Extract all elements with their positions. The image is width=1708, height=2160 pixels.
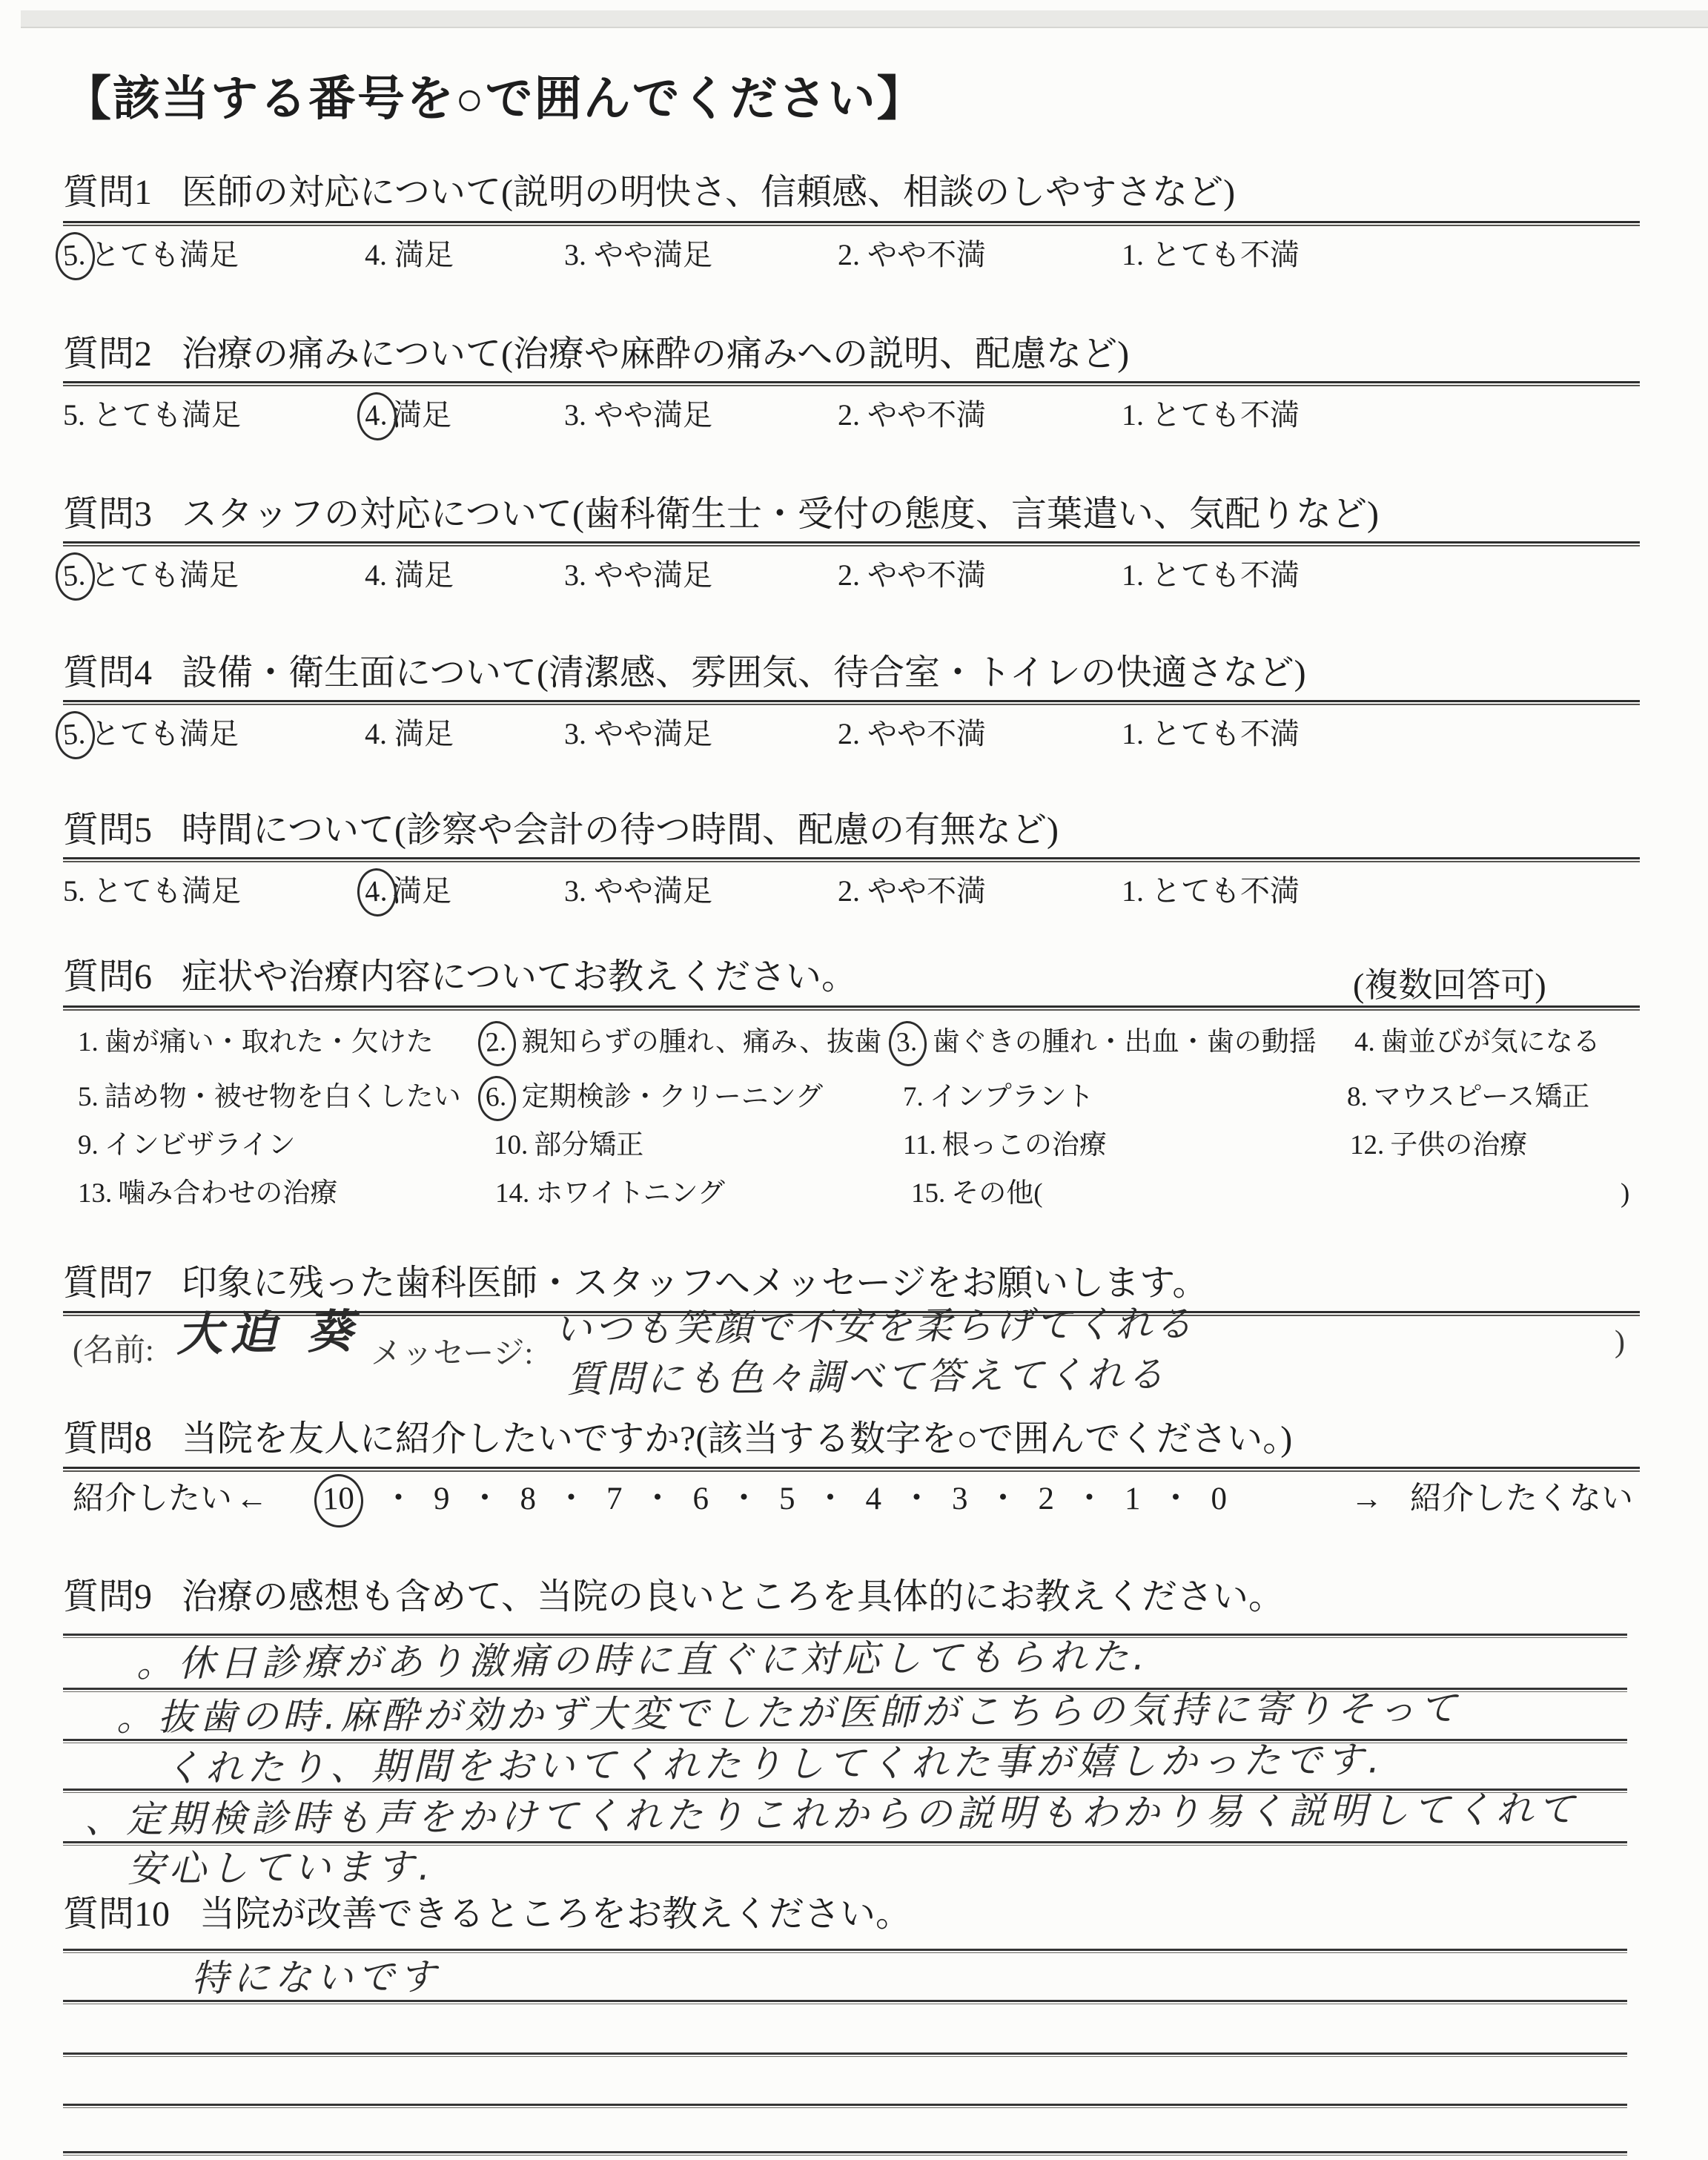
question-9-header: 質問9治療の感想も含めて、当院の良いところを具体的にお教えください。 — [63, 1576, 1284, 1617]
option-label: 定期検診・クリーニング — [522, 1082, 823, 1112]
dot-separator: ・ — [1160, 1482, 1192, 1516]
symptom-option-12[interactable]: 12.子供の治療 — [1350, 1128, 1527, 1163]
answer-rule — [63, 2151, 1627, 2156]
option-number[interactable]: 3. — [564, 396, 586, 435]
rating-option-1[interactable]: 1.とても不満 — [1122, 556, 1300, 595]
option-label: 詰め物・被せ物を白くしたい — [105, 1082, 461, 1112]
symptom-option-5[interactable]: 5.詰め物・被せ物を白くしたい — [78, 1080, 461, 1115]
option-number[interactable]: 2. — [838, 556, 860, 595]
question-10-title: 当院が改善できるところをお教えください。 — [199, 1895, 911, 1934]
symptom-option-15-other[interactable]: 15.その他( — [911, 1176, 1043, 1212]
option-number[interactable]: 3. — [564, 236, 586, 274]
handwritten-name: 大迫 葵 — [176, 1307, 360, 1360]
rating-option-4[interactable]: 4.満足 — [365, 556, 454, 595]
rating-option-4[interactable]: 4.満足 — [365, 715, 454, 753]
nps-number-0[interactable]: 0 — [1211, 1482, 1228, 1516]
question-8-label: 質問8 — [63, 1419, 152, 1459]
option-label: やや不満 — [867, 238, 986, 271]
option-number[interactable]: 9. — [78, 1128, 99, 1163]
nps-left-label: 紹介したい — [73, 1480, 232, 1519]
dot-separator: ・ — [1073, 1482, 1105, 1516]
circled-answer-mark[interactable]: 6. — [477, 1074, 517, 1122]
question-10-header: 質問10当院が改善できるところをお教えください。 — [63, 1894, 911, 1935]
rating-option-2[interactable]: 2.やや不満 — [838, 715, 986, 753]
divider-rule — [63, 857, 1640, 862]
question-6-row-2: 5.詰め物・被せ物を白くしたい 6.定期検診・クリーニング 7.インプラント 8… — [0, 1080, 1708, 1127]
option-number[interactable]: 15. — [911, 1176, 945, 1212]
rating-option-5[interactable]: 5.とても満足 — [63, 236, 239, 274]
question-10-label: 質問10 — [63, 1895, 170, 1934]
option-number[interactable]: 4. — [365, 236, 387, 274]
divider-rule — [63, 541, 1640, 546]
question-9-title: 治療の感想も含めて、当院の良いところを具体的にお教えください。 — [182, 1577, 1284, 1616]
option-label: 満足 — [392, 398, 451, 432]
question-5-label: 質問5 — [63, 810, 152, 850]
question-4-header: 質問4設備・衛生面について(清潔感、雰囲気、待合室・トイレの快適さなど) — [63, 653, 1306, 693]
dot-separator: ・ — [728, 1482, 760, 1516]
option-label: 満足 — [394, 238, 454, 271]
question-5-header: 質問5時間について(診察や会計の待つ時間、配慮の有無など) — [63, 810, 1059, 851]
nps-number-8[interactable]: 8 — [520, 1482, 537, 1516]
option-label: とても満足 — [90, 717, 239, 750]
rating-option-3[interactable]: 3.やや満足 — [564, 236, 712, 274]
answer-rule — [63, 1841, 1627, 1846]
option-number[interactable]: 10. — [494, 1128, 528, 1163]
rating-option-4[interactable]: 4.満足 — [365, 396, 451, 435]
rating-option-3[interactable]: 3.やや満足 — [564, 872, 712, 911]
symptom-option-13[interactable]: 13.噛み合わせの治療 — [78, 1176, 337, 1212]
option-label: 根っこの治療 — [942, 1130, 1107, 1160]
divider-rule — [63, 700, 1640, 705]
option-label: やや不満 — [867, 874, 986, 908]
option-label: やや不満 — [867, 717, 986, 750]
question-6-header: 質問6症状や治療内容についてお教えください。 — [63, 957, 857, 997]
rating-option-2[interactable]: 2.やや不満 — [838, 236, 986, 274]
dot-separator: ・ — [642, 1482, 674, 1516]
scan-artifact-band — [21, 10, 1708, 28]
rating-option-5[interactable]: 5.とても満足 — [63, 715, 239, 753]
option-number[interactable]: 3. — [564, 556, 586, 595]
question-6-row-1: 1.歯が痛い・取れた・欠けた 2.親知らずの腫れ、痛み、抜歯 3.歯ぐきの腫れ・… — [0, 1025, 1708, 1072]
rating-option-3[interactable]: 3.やや満足 — [564, 715, 712, 753]
option-number[interactable]: 11. — [903, 1128, 936, 1163]
option-number[interactable]: 5. — [63, 872, 85, 911]
question-3-header: 質問3スタッフの対応について(歯科衛生士・受付の態度、言葉遣い、気配りなど) — [63, 494, 1379, 535]
handwritten-answer-line-1: 。休日診療があり激痛の時に直ぐに対応してもられた. — [136, 1636, 1149, 1685]
option-number[interactable]: 1. — [1122, 715, 1144, 753]
rating-option-3[interactable]: 3.やや満足 — [564, 556, 712, 595]
option-label: その他( — [951, 1178, 1042, 1209]
symptom-option-7[interactable]: 7.インプラント — [903, 1080, 1094, 1115]
divider-rule — [63, 221, 1640, 226]
nps-right-label: 紹介したくない — [1410, 1480, 1633, 1519]
option-label: ホワイトニング — [535, 1178, 725, 1209]
question-2-header: 質問2治療の痛みについて(治療や麻酔の痛みへの説明、配慮など) — [63, 334, 1129, 374]
question-1-options: 5.とても満足 4.満足 3.やや満足 2.やや不満 1.とても不満 — [0, 236, 1708, 283]
question-1-label: 質問1 — [63, 173, 152, 212]
option-number[interactable]: 2. — [838, 396, 860, 435]
question-1-title: 医師の対応について(説明の明快さ、信頼感、相談のしやすさなど) — [182, 173, 1235, 212]
nps-number-9[interactable]: 9 — [434, 1482, 450, 1516]
option-label: やや不満 — [867, 398, 986, 432]
option-label: やや満足 — [594, 238, 712, 271]
rating-option-5[interactable]: 5.とても満足 — [63, 872, 241, 911]
option-number[interactable]: 2. — [838, 715, 860, 753]
handwritten-answer-line-3: くれたり、期間をおいてくれたりしてくれた事が嬉しかったです. — [164, 1740, 1384, 1789]
option-label: とても不満 — [1151, 238, 1300, 271]
option-label: インビザライン — [105, 1130, 296, 1160]
right-arrow-icon: → — [1351, 1480, 1383, 1519]
dot-separator: ・ — [987, 1482, 1019, 1516]
option-label: 満足 — [394, 558, 454, 592]
nps-number-7[interactable]: 7 — [606, 1482, 623, 1516]
symptom-option-1[interactable]: 1.歯が痛い・取れた・欠けた — [78, 1025, 434, 1060]
question-9-label: 質問9 — [63, 1577, 152, 1616]
option-label: 親知らずの腫れ、痛み、抜歯 — [522, 1027, 881, 1057]
question-8-title: 当院を友人に紹介したいですか?(該当する数字を○で囲んでください。) — [182, 1419, 1292, 1459]
option-number[interactable]: 1. — [1122, 236, 1144, 274]
symptom-option-4[interactable]: 4.歯並びが気になる — [1354, 1025, 1601, 1060]
question-2-options: 5.とても満足 4.満足 3.やや満足 2.やや不満 1.とても不満 — [0, 396, 1708, 443]
option-label: やや満足 — [594, 558, 712, 592]
question-6-title: 症状や治療内容についてお教えください。 — [182, 957, 857, 997]
option-label: 歯並びが気になる — [1381, 1027, 1601, 1057]
answer-rule — [63, 1949, 1627, 1953]
option-label: 歯ぐきの腫れ・出血・歯の動揺 — [933, 1027, 1317, 1057]
option-label: とても不満 — [1151, 717, 1300, 750]
rating-option-3[interactable]: 3.やや満足 — [564, 396, 712, 435]
nps-number-4[interactable]: 4 — [866, 1482, 882, 1516]
message-close-paren: ) — [1615, 1324, 1625, 1360]
option-label: やや満足 — [594, 874, 712, 908]
option-label: とても満足 — [93, 398, 241, 432]
option-label: とても満足 — [90, 558, 239, 592]
circled-nps-score[interactable]: 10 — [314, 1473, 364, 1528]
question-2-label: 質問2 — [63, 334, 152, 374]
option-number[interactable]: 12. — [1350, 1128, 1384, 1163]
rating-option-4[interactable]: 4.満足 — [365, 872, 451, 911]
option-number[interactable]: 3. — [564, 872, 586, 911]
option-number[interactable]: 1. — [1122, 396, 1144, 435]
dot-separator: ・ — [815, 1482, 847, 1516]
symptom-option-2[interactable]: 2.親知らずの腫れ、痛み、抜歯 — [486, 1025, 881, 1060]
option-label: 歯が痛い・取れた・欠けた — [105, 1027, 434, 1057]
divider-rule — [63, 381, 1640, 386]
option-number[interactable]: 3. — [564, 715, 586, 753]
dot-separator: ・ — [901, 1482, 933, 1516]
question-3-title: スタッフの対応について(歯科衛生士・受付の態度、言葉遣い、気配りなど) — [182, 495, 1379, 534]
answer-rule — [63, 2052, 1627, 2057]
rating-option-1[interactable]: 1.とても不満 — [1122, 236, 1300, 274]
rating-option-5[interactable]: 5.とても満足 — [63, 556, 239, 595]
nps-number-5[interactable]: 5 — [779, 1482, 795, 1516]
handwritten-message-line-2: 質問にも色々調べて答えてくれる — [566, 1354, 1167, 1400]
option-label: とても満足 — [90, 238, 239, 271]
rating-option-2[interactable]: 2.やや不満 — [838, 556, 986, 595]
left-arrow-icon: ← — [236, 1480, 268, 1519]
question-3-options: 5.とても満足 4.満足 3.やや満足 2.やや不満 1.とても不満 — [0, 556, 1708, 604]
option-label: とても不満 — [1151, 874, 1300, 908]
question-4-title: 設備・衛生面について(清潔感、雰囲気、待合室・トイレの快適さなど) — [182, 653, 1306, 693]
circled-answer-mark[interactable]: 3. — [887, 1020, 928, 1067]
symptom-option-10[interactable]: 10.部分矯正 — [494, 1128, 643, 1163]
symptom-option-14[interactable]: 14.ホワイトニング — [495, 1176, 725, 1212]
rating-option-4[interactable]: 4.満足 — [365, 236, 454, 274]
rating-option-5[interactable]: 5.とても満足 — [63, 396, 241, 435]
option-number[interactable]: 2. — [838, 872, 860, 911]
nps-scale: 10・9・8・7・6・5・4・3・2・1・0 — [320, 1480, 1246, 1519]
option-number[interactable]: 1. — [78, 1025, 99, 1060]
rating-option-2[interactable]: 2.やや不満 — [838, 872, 986, 911]
handwritten-answer-q10: 特にないです — [191, 1957, 440, 1999]
option-label: 子供の治療 — [1390, 1130, 1527, 1160]
option-number[interactable]: 1. — [1122, 872, 1144, 911]
rating-option-1[interactable]: 1.とても不満 — [1122, 872, 1300, 911]
option-label: マウスピース矯正 — [1374, 1082, 1590, 1112]
multiple-answers-note: (複数回答可) — [1353, 958, 1546, 1007]
question-2-title: 治療の痛みについて(治療や麻酔の痛みへの説明、配慮など) — [182, 334, 1129, 374]
option-number[interactable]: 2. — [838, 236, 860, 274]
option-label: 部分矯正 — [534, 1130, 643, 1160]
question-6-row-4: 13.噛み合わせの治療 14.ホワイトニング 15.その他( ) — [0, 1176, 1708, 1223]
rating-option-2[interactable]: 2.やや不満 — [838, 396, 986, 435]
question-7-header: 質問7印象に残った歯科医師・スタッフへメッセージをお願いします。 — [63, 1263, 1208, 1304]
option-label: やや満足 — [594, 398, 712, 432]
option-number[interactable]: 14. — [495, 1176, 529, 1212]
handwritten-answer-line-4: 、定期検診時も声をかけてくれたりこれからの説明もわかり易く説明してくれて — [85, 1789, 1579, 1840]
question-3-label: 質問3 — [63, 495, 152, 534]
rating-option-1[interactable]: 1.とても不満 — [1122, 715, 1300, 753]
question-4-options: 5.とても満足 4.満足 3.やや満足 2.やや不満 1.とても不満 — [0, 715, 1708, 762]
option-label: とても満足 — [93, 874, 241, 908]
option-number[interactable]: 5. — [78, 1080, 99, 1115]
handwritten-answer-line-5: 安心しています. — [128, 1847, 434, 1890]
name-field-label: (名前: — [73, 1326, 154, 1370]
symptom-option-8[interactable]: 8.マウスピース矯正 — [1347, 1080, 1589, 1115]
question-6-label: 質問6 — [63, 957, 152, 997]
page-title: 【該当する番号を○で囲んでください】 — [64, 71, 926, 128]
divider-rule — [63, 1467, 1640, 1472]
symptom-option-6[interactable]: 6.定期検診・クリーニング — [486, 1080, 823, 1115]
symptom-option-3[interactable]: 3.歯ぐきの腫れ・出血・歯の動揺 — [896, 1025, 1317, 1060]
nps-number-2[interactable]: 2 — [1039, 1482, 1055, 1516]
handwritten-message-line-1: いつも笑顔で不安を柔らげてくれる — [555, 1304, 1195, 1350]
option-number[interactable]: 13. — [78, 1176, 112, 1212]
symptom-option-11[interactable]: 11.根っこの治療 — [903, 1128, 1107, 1163]
question-5-options: 5.とても満足 4.満足 3.やや満足 2.やや不満 1.とても不満 — [0, 872, 1708, 919]
symptom-option-9[interactable]: 9.インビザライン — [78, 1128, 296, 1163]
divider-rule — [63, 1005, 1640, 1011]
option-number[interactable]: 8. — [1347, 1080, 1368, 1115]
question-8-header: 質問8当院を友人に紹介したいですか?(該当する数字を○で囲んでください。) — [63, 1418, 1292, 1459]
option-label: とても不満 — [1151, 398, 1300, 432]
handwritten-answer-line-2: 。抜歯の時.麻酔が効かず大変でしたが医師がこちらの気持に寄りそって — [116, 1688, 1461, 1739]
option-number[interactable]: 4. — [365, 715, 387, 753]
option-label: 満足 — [394, 717, 454, 750]
question-7-label: 質問7 — [63, 1264, 152, 1303]
option-number[interactable]: 4. — [1354, 1025, 1375, 1060]
option-label: 噛み合わせの治療 — [118, 1178, 337, 1209]
circled-answer-mark[interactable]: 2. — [477, 1020, 517, 1067]
question-7-title: 印象に残った歯科医師・スタッフへメッセージをお願いします。 — [182, 1264, 1208, 1303]
nps-number-3[interactable]: 3 — [952, 1482, 968, 1516]
question-4-label: 質問4 — [63, 653, 152, 693]
option-label: インプラント — [930, 1082, 1094, 1112]
option-label: 満足 — [392, 874, 451, 908]
option-label: やや不満 — [867, 558, 986, 592]
option-number[interactable]: 1. — [1122, 556, 1144, 595]
answer-rule — [63, 2000, 1627, 2004]
question-5-title: 時間について(診察や会計の待つ時間、配慮の有無など) — [182, 810, 1059, 850]
option-number[interactable]: 5. — [63, 396, 85, 435]
option-label: やや満足 — [594, 717, 712, 750]
answer-rule — [63, 2104, 1627, 2108]
option-label: とても不満 — [1151, 558, 1300, 592]
dot-separator: ・ — [555, 1482, 587, 1516]
nps-number-6[interactable]: 6 — [693, 1482, 709, 1516]
dot-separator: ・ — [469, 1482, 501, 1516]
rating-option-1[interactable]: 1.とても不満 — [1122, 396, 1300, 435]
other-close-paren: ) — [1621, 1176, 1629, 1212]
option-number[interactable]: 4. — [365, 556, 387, 595]
nps-number-1[interactable]: 1 — [1125, 1482, 1141, 1516]
dot-separator: ・ — [383, 1482, 414, 1516]
question-6-row-3: 9.インビザライン 10.部分矯正 11.根っこの治療 12.子供の治療 — [0, 1128, 1708, 1175]
option-number[interactable]: 7. — [903, 1080, 924, 1115]
message-field-label: メッセージ: — [371, 1329, 533, 1373]
survey-scan-page: 【該当する番号を○で囲んでください】 質問1医師の対応について(説明の明快さ、信… — [0, 0, 1708, 2160]
question-1-header: 質問1医師の対応について(説明の明快さ、信頼感、相談のしやすさなど) — [63, 172, 1235, 213]
